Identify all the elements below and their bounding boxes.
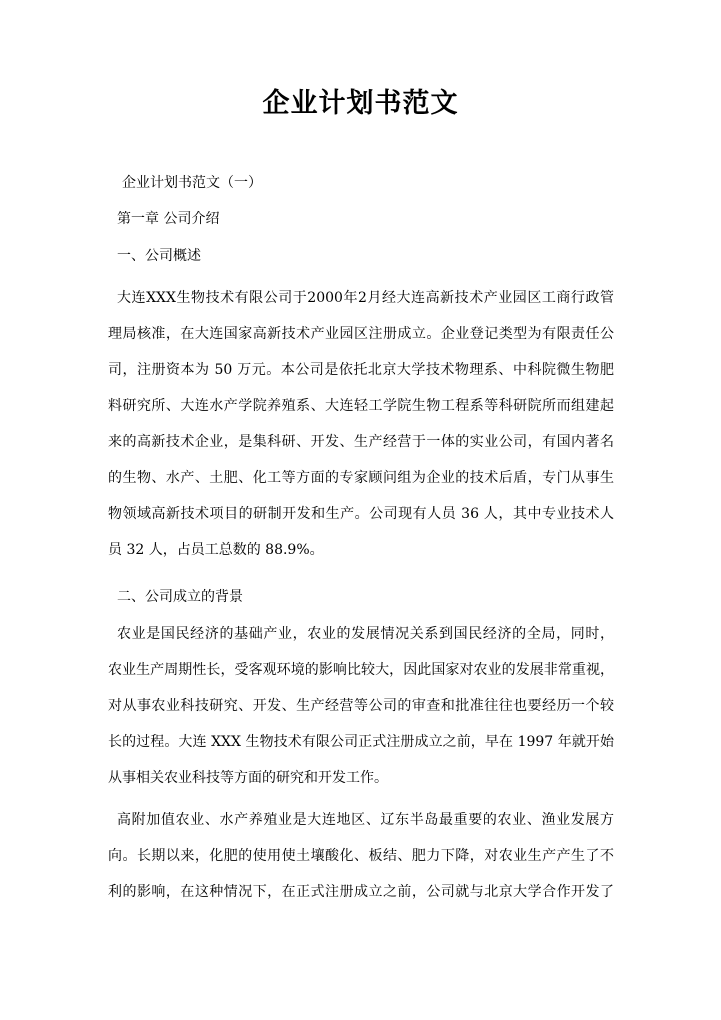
paragraph-line: 对从事农业科技研究、开发、生产经营等公司的审查和批准往往也要经历一个较 <box>108 696 614 716</box>
paragraph-line: 司，注册资本为 50 万元。本公司是依托北京大学技术物理系、中科院微生物肥 <box>108 360 614 380</box>
subtitle: 企业计划书范文（一） <box>122 173 628 193</box>
paragraph-line: 的生物、水产、土肥、化工等方面的专家顾问组为企业的技术后盾，专门从事生 <box>108 468 614 488</box>
paragraph-line: 高附加值农业、水产养殖业是大连地区、辽东半岛最重要的农业、渔业发展方 <box>117 810 614 830</box>
paragraph-line: 来的高新技术企业，是集科研、开发、生产经营于一体的实业公司，有国内著名 <box>108 432 614 452</box>
section-heading: 二、公司成立的背景 <box>117 587 623 607</box>
paragraph-line: 员 32 人，占员工总数的 88.9%。 <box>108 540 614 560</box>
document-title: 企业计划书范文 <box>0 86 721 122</box>
chapter-heading: 第一章 公司介绍 <box>117 209 623 229</box>
paragraph-line: 向。长期以来，化肥的使用使土壤酸化、板结、肥力下降，对农业生产产生了不 <box>108 846 614 866</box>
paragraph-line: 大连XXX生物技术有限公司于2000年2月经大连高新技术产业园区工商行政管 <box>117 288 614 308</box>
paragraph-line: 理局核准，在大连国家高新技术产业园区注册成立。企业登记类型为有限责任公 <box>108 324 614 344</box>
paragraph-line: 从事相关农业科技等方面的研究和开发工作。 <box>108 768 614 788</box>
paragraph-line: 农业生产周期性长，受客观环境的影响比较大，因此国家对农业的发展非常重视， <box>108 660 614 680</box>
paragraph-line: 利的影响，在这种情况下，在正式注册成立之前，公司就与北京大学合作开发了 <box>108 882 614 902</box>
paragraph-line: 长的过程。大连 XXX 生物技术有限公司正式注册成立之前，早在 1997 年就开… <box>108 732 614 752</box>
paragraph-line: 农业是国民经济的基础产业，农业的发展情况关系到国民经济的全局，同时， <box>117 624 614 644</box>
paragraph-line: 物领域高新技术项目的研制开发和生产。公司现有人员 36 人，其中专业技术人 <box>108 504 614 524</box>
section-heading: 一、公司概述 <box>117 246 623 266</box>
paragraph-line: 料研究所、大连水产学院养殖系、大连轻工学院生物工程系等科研院所而组建起 <box>108 396 614 416</box>
document-page: 企业计划书范文 企业计划书范文（一） 第一章 公司介绍 一、公司概述 大连XXX… <box>0 0 721 1020</box>
